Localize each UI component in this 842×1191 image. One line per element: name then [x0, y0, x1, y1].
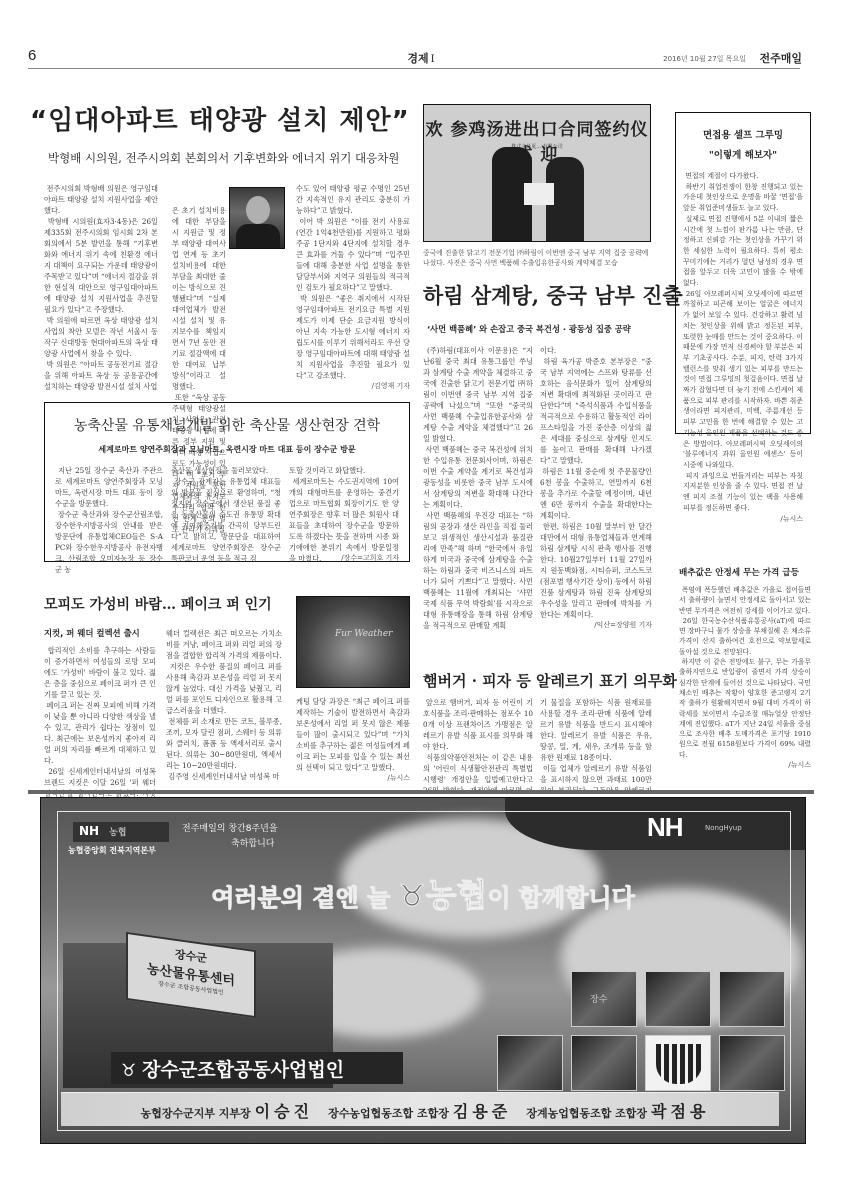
solar-column-3-text: 수도 있어 태양광 평균 수명인 25년간 지속적인 유지 관리도 충분히 가능… [296, 183, 410, 381]
signing-ceremony-photo: 欢 参鸡汤进出口合同签约仪式 迎 株式会社夏… 有限公司 [423, 104, 651, 242]
fur-coat-photo: Fur Weather [296, 596, 410, 688]
photo-banner-text: 欢 参鸡汤进出口合同签约仪式 迎 [424, 115, 650, 139]
tip-box-subtitle: "이렇게 해보자" [683, 147, 803, 161]
signatory-3-name: 곽점용 [651, 1102, 709, 1121]
cabbage-field-photo [571, 1035, 637, 1091]
councilor-photo [229, 187, 285, 249]
produce-photo-grid: 장수 [497, 971, 731, 1089]
solar-column-1: 전주시의회 박형배 의원은 영구임대아파트 태양광 설치 지원사업을 제안했다.… [44, 183, 158, 392]
paper-name: 전주매일 [759, 50, 802, 66]
section-roman: Ⅰ [431, 54, 435, 65]
livestock-headline: 농축산물 유통채널개발 위한 축산물 생산현장 견학 [45, 415, 409, 435]
ad-top-divider [28, 790, 814, 794]
signatory-1-name: 이승진 [255, 1102, 313, 1121]
cabbage-credit: /뉴시스 [679, 760, 811, 770]
cucumber-photo [645, 971, 711, 1027]
livestock-article-box: 농축산물 유통채널개발 위한 축산물 생산현장 견학 세계로마트 양연주회장과 … [44, 402, 410, 562]
photo-caption: 중국에 진출한 닭고기 전문기업 ㈜하림이 이번엔 중국 남부 지역 집중 공략… [423, 248, 655, 268]
cabbage-body: 폭염에 폭등했던 배추값은 가을로 접어들면서 출하량이 늘면서 안정세로 돌아… [679, 585, 811, 760]
solar-credit: /김영재 기자 [296, 381, 410, 391]
ad-signatories: 농협장수군지부 지부장이승진 장수농업협동조합 조합장김용준 장계농업협동조합 … [61, 1092, 779, 1126]
fur-credit: /뉴시스 [296, 773, 410, 783]
corporation-name-banner: ♉ 장수군조합공동사업법인 [111, 1052, 403, 1084]
livestock-column-2: 축산물 생산현장을 둘러보았다. 장수군 관계자는 유통업체 대표들의 방문을 … [171, 465, 281, 564]
harim-column-1: (주)하림(대표이사 이문용)은 “지난6월 중국 최대 유통그룹인 쑤닝과 삼… [423, 345, 533, 631]
harim-column-2-text: 이다. 하림 육가공 박준호 본부장은 “중국 남부 지역에는 스프와 탕류를 … [540, 345, 652, 620]
fur-subheadline: 지컷, 퍼 웨더 컬렉션 출시 [44, 627, 140, 639]
solar-headline: “임대아파트 태양광 설치 제안” [30, 100, 410, 137]
fur-headline: 모피도 가성비 바람… 페이크 퍼 인기 [44, 594, 272, 614]
section-label: 경제 [407, 52, 428, 65]
tip-box-credit: /뉴시스 [683, 514, 803, 524]
cabbage-column: 폭염에 폭등했던 배추값은 가을로 접어들면서 출하량이 늘면서 안정세로 돌아… [679, 585, 811, 770]
cabbage-headline: 배추값은 안정세 무는 가격 급등 [679, 566, 799, 578]
livestock-subheadline: 세계로마트 양연주회장과 모닝마트, 옥련시장 마트 대표 등이 장수군 방문 [45, 444, 409, 455]
nh-logo: NH [647, 812, 683, 843]
photo-banner-subtext: 株式会社夏… 有限公司 [424, 143, 650, 150]
harim-subheadline: ‘사먼 백품혜’ 와 손잡고 중국 복건성 · 광동성 집중 공략 [427, 323, 631, 335]
fur-column-3-text: 케팅 담당 과장은 “최근 페이크 퍼를 제작하는 기술이 발전하면서 촉감과 … [296, 696, 410, 773]
ad-congrats-line-1: 전주매일의 창간8주년을 [182, 821, 278, 834]
fur-column-2: 웨더 컬렉션은 최근 떠오르는 가치소비를 겨냥, 페이크 퍼와 리얼 퍼의 장… [166, 628, 282, 782]
livestock-column-1: 지난 25일 장수군 축산과 주관으로 세계로마트 양연주회장과 모닝마트, 옥… [55, 465, 163, 575]
corn-photo [719, 1035, 785, 1091]
signatory-3-role: 장계농업협동조합 조합장 [526, 1107, 647, 1120]
signatory-2-name: 김용준 [453, 1102, 511, 1121]
nonghyup-advertisement: NH농협 농협중앙회 전북지역본부 전주매일의 창간8주년을 축하합니다 NH … [40, 797, 806, 1144]
solar-column-3: 수도 있어 태양광 평균 수명인 25년간 지속적인 유지 관리도 충분히 가능… [296, 183, 410, 391]
nh-small-logo: NH농협 [73, 822, 169, 842]
signatory-2-role: 장수농업협동조합 조합장 [328, 1107, 449, 1120]
issue-date: 2016년 10월 27일 목요일 [663, 54, 746, 64]
nh-small-logo-korean: 농협 [109, 828, 126, 838]
tip-box-body: 면접의 계절이 다가왔다. 하반기 취업전쟁이 한창 진행되고 있는 가운데 첫… [683, 171, 803, 514]
fur-column-3: 케팅 담당 과장은 “최근 페이크 퍼를 제작하는 기술이 발전하면서 촉감과 … [296, 696, 410, 783]
harim-headline: 하림 삼계탕, 중국 남부 진출 [423, 280, 683, 310]
fur-column-1: 합리적인 소비를 추구하는 사람들이 증가하면서 여성들의 로망 모피에도 '가… [44, 645, 156, 810]
pepper-photo [645, 1035, 711, 1091]
ad-slogan: 여러분의 곁엔 늘 ♉농협이 함께합니다 [41, 870, 805, 916]
harim-column-2: 이다. 하림 육가공 박준호 본부장은 “중국 남부 지역에는 스프와 탕류를 … [540, 345, 652, 630]
ad-organization: 농협중앙회 전북지역본부 [68, 845, 156, 856]
allergy-headline: 햄버거 · 피자 등 알레르기 표기 의무화 [423, 670, 677, 691]
harim-credit: /익산=장양원 기자 [540, 620, 652, 630]
nh-logo-subtext: NongHyup [705, 824, 742, 832]
tip-box-title: 면접용 셀프 그루밍 [683, 127, 803, 141]
nonghyup-emblem-icon: ♉ [399, 879, 426, 914]
solar-subheadline: 박형배 시의원, 전주시의회 본회의서 기후변화와 에너지 위기 대응차원 [48, 150, 399, 166]
livestock-column-3-text: 토할 것이라고 화답했다. 세계로마트는 수도권지역에 10여개의 대형마트를 … [289, 465, 399, 564]
nonghyup-emblem-icon: ♉ [121, 1061, 142, 1081]
header-divider [28, 68, 800, 69]
fur-photo-text: Fur Weather [335, 629, 392, 639]
grape-photo [497, 1035, 563, 1091]
ad-congrats-line-2: 축하합니다 [231, 836, 274, 849]
tomato-photo [719, 971, 785, 1027]
grooming-tips-box: 면접용 셀프 그루밍 "이렇게 해보자" 면접의 계절이 다가왔다. 하반기 취… [675, 112, 811, 434]
apple-photo: 장수 [571, 971, 637, 1027]
signatory-1-role: 농협장수군지부 지부장 [141, 1107, 251, 1120]
livestock-column-3: 토할 것이라고 화답했다. 세계로마트는 수도권지역에 10여개의 대형마트를 … [289, 465, 399, 563]
